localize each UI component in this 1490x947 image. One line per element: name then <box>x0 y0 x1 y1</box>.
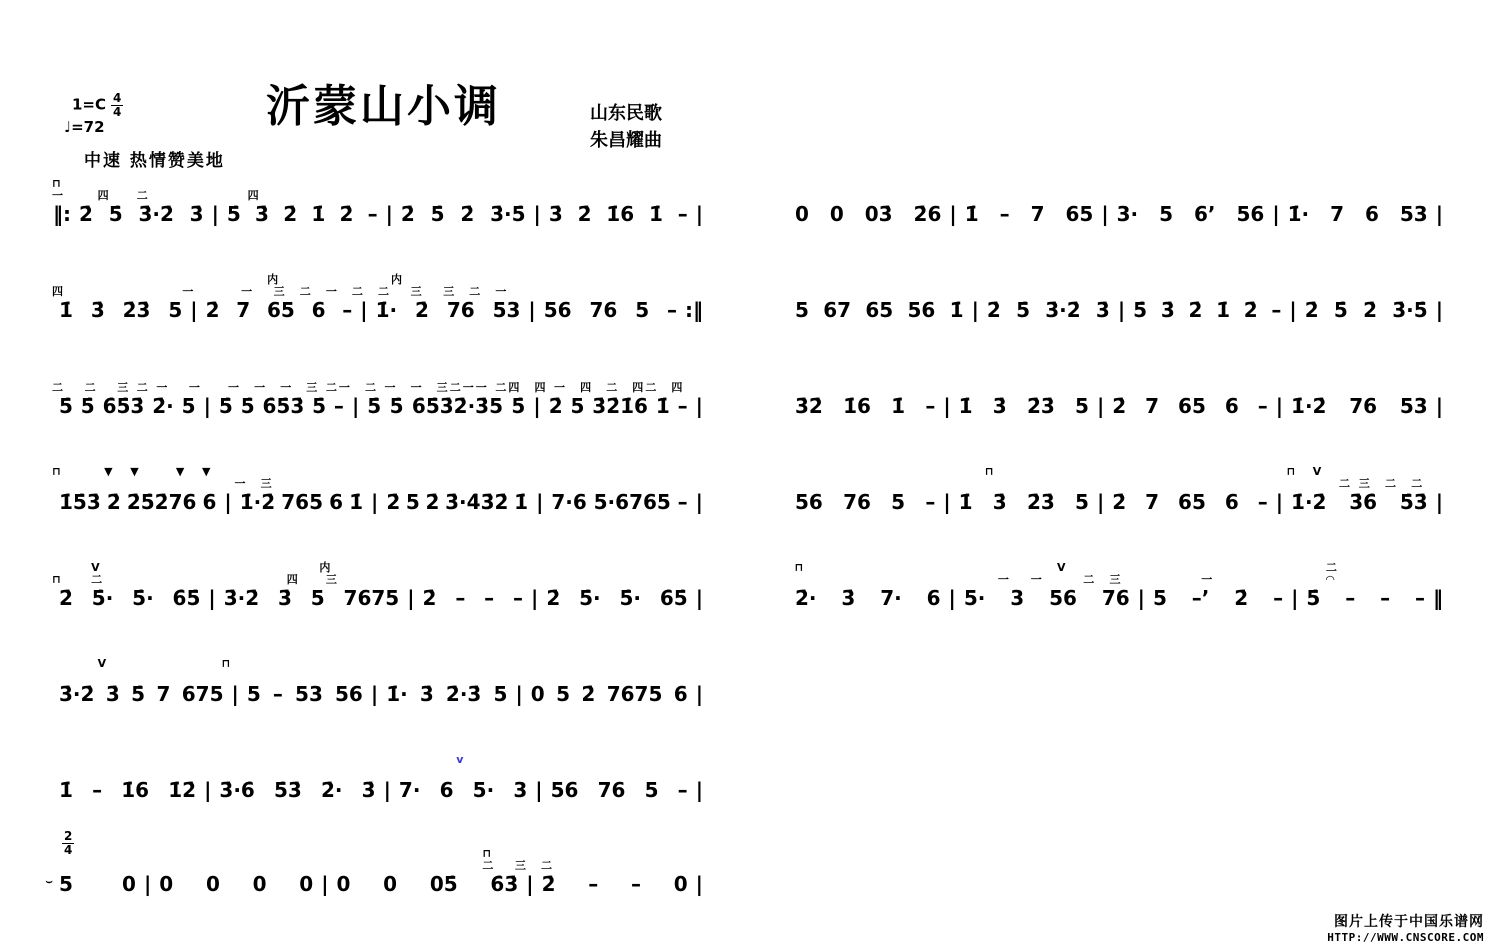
measure: 2̇5̇·5̇·6̇5̇ <box>52 586 207 610</box>
note: – <box>1258 394 1268 418</box>
note: 5̇ <box>390 394 404 418</box>
note: 5̇· <box>92 586 114 610</box>
note: 1̇·2̇ <box>1291 394 1326 418</box>
note: 5̇ <box>1334 298 1348 322</box>
barline: | <box>1290 586 1299 610</box>
fingering-bowing-mark: ⊓ <box>52 178 61 189</box>
note: 56 <box>795 490 823 514</box>
note: 6̇5̇ <box>173 586 201 610</box>
measure: 1̇·2̇7653 <box>1284 394 1435 418</box>
fingering-bowing-mark: 二 <box>1083 574 1094 585</box>
note: 1̇6 <box>843 394 871 418</box>
note: 1̇ <box>349 490 363 514</box>
fingering-bowing-mark: 一 <box>495 286 506 297</box>
barline: | <box>695 202 704 226</box>
fingering-bowing-mark: 二 <box>482 860 493 871</box>
expression-marking: 中速 热情赞美地 <box>84 146 225 171</box>
note: – <box>1271 298 1281 322</box>
note: 3̇·2̇ <box>224 586 259 610</box>
measure: 3̇2̇1̇61̇– <box>788 394 942 418</box>
note: 6 <box>329 490 343 514</box>
barline: | <box>385 202 394 226</box>
page-title: 沂蒙山小调 <box>266 70 501 134</box>
note: 5̇· <box>132 586 154 610</box>
note: 5̇ <box>241 394 255 418</box>
note: 5̇ <box>227 202 241 226</box>
measure: 2̇7656– <box>1105 394 1274 418</box>
fingering-bowing-mark: 四 <box>248 190 259 201</box>
fingering-bowing-mark: ⊓ <box>795 562 804 573</box>
note: 1̇6 <box>121 778 149 802</box>
barline: | <box>1275 490 1284 514</box>
note: 3̇ <box>993 394 1007 418</box>
fingering-bowing-mark: 三 <box>1109 574 1120 585</box>
measure: 2̇52̇3̇·4̇3̇2̇1̇ <box>379 490 535 514</box>
note: 3· <box>1117 202 1139 226</box>
note: 0 <box>383 872 397 896</box>
note: 2̇ <box>1305 298 1319 322</box>
fingering-bowing-mark: 二 <box>1411 478 1422 489</box>
note: – <box>368 202 378 226</box>
barline: | <box>370 682 379 706</box>
note: 65 <box>1178 394 1206 418</box>
fingering-bowing-mark: 二 <box>450 382 461 393</box>
note: 3̇ <box>106 682 120 706</box>
measure: 2̇5̇·5̇·6̇5̇ <box>539 586 694 610</box>
key-signature: 1=C44 <box>72 92 123 118</box>
note: 7 <box>1330 202 1344 226</box>
fingering-bowing-mark: 一 <box>241 286 252 297</box>
note: 2̇ <box>1363 298 1377 322</box>
fingering-bowing-mark: 二 <box>300 286 311 297</box>
fingering-bowing-mark: V <box>1057 562 1066 573</box>
note: 3̇ <box>1096 298 1110 322</box>
fingering-bowing-mark: ⊓ <box>1287 466 1296 477</box>
music-line-left-8: ⌣⊓二三二50|0000|0005̇6̇3̇|2̇––0| <box>52 848 704 908</box>
measure: 5̇5̇6̇5̇3̇2̇·5 <box>52 394 203 418</box>
note: 56 <box>1049 586 1077 610</box>
fingering-bowing-mark: 四 <box>98 190 109 201</box>
notes-row: 56765561̇|2̇5̇3̇·2̇3̇|5̇3̇2̇1̇2̇–|2̇5̇2̇… <box>788 298 1444 322</box>
measure: 3̇·2̇3̇5̇7675 <box>52 682 231 706</box>
note: 7675 <box>607 682 663 706</box>
note: 5 <box>494 682 508 706</box>
note: 1̇· <box>376 298 398 322</box>
note: 03̇ <box>865 202 893 226</box>
note: 5 <box>406 490 420 514</box>
note: 2̇·3̇ <box>446 682 481 706</box>
note: 0 <box>337 872 351 896</box>
measure: 5·35676 <box>957 586 1137 610</box>
notes-row: 3̇·2̇3̇5̇7675|5–5356|1̇·3̇2̇·3̇5|052̇767… <box>52 682 704 706</box>
note: 65 <box>1178 490 1206 514</box>
note: 76 <box>843 490 871 514</box>
note: 53 <box>1400 394 1428 418</box>
barline: | <box>695 778 704 802</box>
key-signature-text: 1=C <box>72 96 106 114</box>
note: – <box>273 682 283 706</box>
fingering-bowing-mark: 四 <box>287 574 298 585</box>
barline: | <box>514 682 523 706</box>
barline: | <box>532 394 541 418</box>
watermark-site-name: 图片上传于中国乐谱网 <box>1327 914 1484 932</box>
note: – <box>513 586 523 610</box>
fingering-bowing-mark: 二 <box>365 382 376 393</box>
note: 0 <box>531 682 545 706</box>
notes-row: 1̇3̇2̇3̇5|2̇7656–|1̇·2̇7653|56765–:‖ <box>52 298 704 322</box>
measure: 5–5356 <box>240 682 370 706</box>
barline: | <box>695 682 704 706</box>
notes-row: 2̇5̇·5̇·6̇5̇|3̇·2̇3̇57675|2̇–––|2̇5̇·5̇·… <box>52 586 704 610</box>
barline: | <box>203 778 212 802</box>
measure: 2̇––0 <box>535 872 695 896</box>
note: 1̇ <box>59 778 73 802</box>
measure: 1̇3̇2̇3̇5 <box>52 298 189 322</box>
note: 6 <box>1225 490 1239 514</box>
note: 6̇3̇ <box>490 872 518 896</box>
measure: 3̇2̇1̇61̇– <box>542 202 695 226</box>
fingering-bowing-mark: V <box>1313 466 1322 477</box>
barline: ‖: <box>52 202 72 226</box>
note: 6 <box>1225 394 1239 418</box>
note: 5̇ <box>312 394 326 418</box>
fingering-bowing-mark: 三 <box>443 286 454 297</box>
fingering-bowing-mark: 三 <box>274 286 285 297</box>
note: – <box>631 872 641 896</box>
measure: 7·65·6765– <box>544 490 694 514</box>
note: 65 <box>1065 202 1093 226</box>
note: 5 <box>891 490 905 514</box>
note: 3̇ <box>1161 298 1175 322</box>
barline: | <box>695 394 704 418</box>
note: 1̇5̇3̇ <box>59 490 101 514</box>
fingering-bowing-mark: 三 <box>326 574 337 585</box>
measure: 1̇–765 <box>958 202 1101 226</box>
music-line-right-5: ⊓一一V二三一二◠2̇·3̇7·6|5·35676|5–’2̇–|5̇–––‖ <box>788 562 1444 622</box>
barline: | <box>948 586 957 610</box>
note: 3 <box>1010 586 1024 610</box>
note: 5· <box>964 586 986 610</box>
measure: 1̇3̇2̇3̇5 <box>952 490 1096 514</box>
note: – <box>1273 586 1283 610</box>
note: 76 <box>598 778 626 802</box>
fingering-bowing-mark: 二 <box>326 382 337 393</box>
barline: | <box>207 586 216 610</box>
note: 1̇·2̇ <box>1291 490 1326 514</box>
barline: | <box>942 394 951 418</box>
fingering-bowing-mark: 四 <box>632 382 643 393</box>
notes-row: 50|0000|0005̇6̇3̇|2̇––0| <box>52 872 704 896</box>
time-signature-bottom: 4 <box>111 106 123 119</box>
note: 76 <box>589 298 617 322</box>
note: 3̇ <box>362 778 376 802</box>
fingering-bowing-mark: 一 <box>228 382 239 393</box>
music-line-left-6: V⊓3̇·2̇3̇5̇7675|5–5356|1̇·3̇2̇·3̇5|052̇7… <box>52 658 704 718</box>
note: 53 <box>295 682 323 706</box>
note: – <box>925 490 935 514</box>
note: – <box>1345 586 1355 610</box>
measure: 2̇7656– <box>199 298 360 322</box>
fingering-bowing-mark: 一 <box>1031 574 1042 585</box>
note: 2̇ <box>1188 298 1202 322</box>
note: 5 <box>1159 202 1173 226</box>
note: 1̇ <box>891 394 905 418</box>
fingering-bowing-mark: ▼ <box>104 466 112 477</box>
barline: | <box>1271 202 1280 226</box>
fingering-bowing-mark: 二 <box>137 382 148 393</box>
note: 5 <box>59 872 73 896</box>
measure: 3̇·6̇5̇3̇2̇·3̇ <box>212 778 382 802</box>
note: 7 <box>156 682 170 706</box>
measure: 5̇3̇2̇1̇2̇– <box>220 202 385 226</box>
note: 3̇2̇ <box>795 394 823 418</box>
note: 1̇ <box>959 490 973 514</box>
note: 1̇ <box>656 394 670 418</box>
note: 5̇· <box>620 586 642 610</box>
barline: | <box>533 202 542 226</box>
note: – <box>588 872 598 896</box>
barline: | <box>948 202 957 226</box>
note: 3̇·2̇ <box>1045 298 1080 322</box>
note: 56 <box>1236 202 1264 226</box>
fingering-bowing-mark: 二 <box>91 574 102 585</box>
note: 2̇ <box>107 490 121 514</box>
barline: | <box>189 298 198 322</box>
note: 7675 <box>344 586 400 610</box>
fingering-bowing-mark: 二 <box>1326 562 1337 573</box>
note: 1̇ <box>59 298 73 322</box>
barline: | <box>535 490 544 514</box>
fingering-bowing-mark: 二 <box>85 382 96 393</box>
measure: 3̇·2̇3̇57675 <box>217 586 407 610</box>
fingering-bowing-mark: 四 <box>52 286 63 297</box>
note: 2̇ <box>542 872 556 896</box>
notes-row: ‖:2̇5̇3̇·2̇3̇|5̇3̇2̇1̇2̇–|2̇5̇2̇3̇·5̇|3̇… <box>52 202 704 226</box>
barline: | <box>320 872 329 896</box>
note: 7 <box>1145 394 1159 418</box>
barline: | <box>534 778 543 802</box>
measure: 2̇53̇2̇1̇61̇– <box>542 394 695 418</box>
note: 3̇·2̇ <box>138 202 173 226</box>
barline: | <box>143 872 152 896</box>
note: – <box>1415 586 1425 610</box>
credits: 山东民歌 朱昌耀曲 <box>590 100 662 154</box>
note: 5̇· <box>579 586 601 610</box>
note: 5̇ <box>81 394 95 418</box>
note: 3̇ <box>549 202 563 226</box>
barline: | <box>203 394 212 418</box>
note: – <box>678 394 688 418</box>
measure: 0003̇2̇6 <box>788 202 948 226</box>
measure: 56765– <box>788 490 942 514</box>
barline: :‖ <box>684 298 704 322</box>
note: 3 <box>513 778 527 802</box>
barline: | <box>525 872 534 896</box>
measure: 56765561̇ <box>788 298 971 322</box>
measure: 5̇5̇6̇5̇3̇2̇·3̇55̇ <box>360 394 532 418</box>
fingering-bowing-mark: ⊓ <box>52 574 61 585</box>
time-signature: 44 <box>111 92 123 118</box>
note: 2̇ <box>206 298 220 322</box>
note: 7· <box>880 586 902 610</box>
time-change-top: 2 <box>62 830 74 844</box>
note: 3̇·2̇ <box>59 682 94 706</box>
notes-row: 0003̇2̇6|1̇–765|3·56’56|1̇·7653| <box>788 202 1444 226</box>
note: 05̇ <box>430 872 458 896</box>
barline: | <box>1275 394 1284 418</box>
music-line-right-3: 3̇2̇1̇61̇–|1̇3̇2̇3̇5|2̇7656–|1̇·2̇7653| <box>788 370 1444 430</box>
note: 0 <box>159 872 173 896</box>
note: – <box>678 202 688 226</box>
note: 2̇ <box>401 202 415 226</box>
note: 2̇ <box>59 586 73 610</box>
note: 2̇ <box>339 202 353 226</box>
credit-composer: 朱昌耀曲 <box>590 127 662 154</box>
fingering-bowing-mark: 二 <box>1339 478 1350 489</box>
note: 3̇·5̇ <box>490 202 525 226</box>
note: 1̇· <box>386 682 408 706</box>
fingering-bowing-mark: 一 <box>235 478 246 489</box>
fingering-bowing-mark: ▼ <box>130 466 138 477</box>
note: 2̇ <box>79 202 93 226</box>
measure: 7·65·3 <box>392 778 534 802</box>
notes-row: 1̇–1̇61̇2̇|3̇·6̇5̇3̇2̇·3̇|7·65·3|56765–| <box>52 778 704 802</box>
barline: | <box>942 490 951 514</box>
measure: 2̇––– <box>416 586 531 610</box>
note: 7 <box>1031 202 1045 226</box>
note: 5̇ <box>431 202 445 226</box>
note: – <box>92 778 102 802</box>
fingering-bowing-mark: ▼ <box>176 466 184 477</box>
note: 2̇ <box>581 682 595 706</box>
time-signature-top: 4 <box>111 92 123 106</box>
fingering-bowing-mark: 内 <box>267 274 278 285</box>
note: –’ <box>1192 586 1210 610</box>
note: 0 <box>122 872 136 896</box>
measure: 50 <box>52 872 143 896</box>
note: 3̇ <box>190 202 204 226</box>
fingering-bowing-mark: V <box>91 562 100 573</box>
note: 3̇2̇1̇6 <box>592 394 648 418</box>
measure: 0000 <box>152 872 320 896</box>
measure: 1̇–1̇61̇2̇ <box>52 778 203 802</box>
note: 5̇ <box>59 394 73 418</box>
barline: | <box>231 682 240 706</box>
note: 1̇2̇ <box>168 778 196 802</box>
music-line-left-4: ⊓▼▼▼▼一三1̇5̇3̇2̇2̇5̇2̇766|1̇·2̇76561̇|2̇5… <box>52 466 704 526</box>
note: 5̇ <box>131 682 145 706</box>
note: 1̇ <box>311 202 325 226</box>
fingering-bowing-mark: 二 <box>469 286 480 297</box>
measure: 56765– <box>544 778 695 802</box>
note: – <box>678 778 688 802</box>
fingering-bowing-mark: 一 <box>554 382 565 393</box>
fingering-bowing-mark: 一 <box>339 382 350 393</box>
barline: | <box>383 778 392 802</box>
fingering-bowing-mark: 一 <box>1201 574 1212 585</box>
fingering-bowing-mark: 二 <box>541 860 552 871</box>
note: 5̇3̇ <box>274 778 302 802</box>
note: 5 <box>168 298 182 322</box>
note: 3̇·5̇ <box>1392 298 1427 322</box>
credit-origin: 山东民歌 <box>590 100 662 127</box>
note: – <box>334 394 344 418</box>
fingering-bowing-mark: 三 <box>437 382 448 393</box>
note: 6 <box>1365 202 1379 226</box>
note: – <box>678 490 688 514</box>
note: 56 <box>908 298 936 322</box>
note: 765 <box>281 490 323 514</box>
note: 675 <box>182 682 224 706</box>
note: 56 <box>551 778 579 802</box>
note: 76 <box>1102 586 1130 610</box>
note: 1̇ <box>514 490 528 514</box>
note: 3̇·4̇3̇2̇ <box>445 490 508 514</box>
barline: | <box>351 394 360 418</box>
fingering-bowing-mark: 三 <box>117 382 128 393</box>
measure: 1̇5̇3̇2̇2̇5̇2̇766 <box>52 490 223 514</box>
barline: | <box>370 490 379 514</box>
fingering-bowing-mark: 二 <box>378 286 389 297</box>
note: 3̇ <box>841 586 855 610</box>
note: 2̇ <box>283 202 297 226</box>
measure: 0005̇6̇3̇ <box>330 872 526 896</box>
fingering-bowing-mark: 内 <box>319 562 330 573</box>
note: 5 <box>570 394 584 418</box>
note: 5̇ <box>109 202 123 226</box>
note: 1̇ <box>959 394 973 418</box>
notes-row: 3̇2̇1̇61̇–|1̇3̇2̇3̇5|2̇7656–|1̇·2̇7653| <box>788 394 1444 418</box>
fingering-bowing-mark: v <box>456 754 463 765</box>
note: – <box>925 394 935 418</box>
fingering-bowing-mark: 一 <box>385 382 396 393</box>
note: 5 <box>635 298 649 322</box>
fingering-bowing-mark: 一 <box>280 382 291 393</box>
music-line-left-3: 二二三二一一一一一三二一二一一三二一一二四四一四二四二四5̇5̇6̇5̇3̇2̇… <box>52 370 704 430</box>
fingering-bowing-mark: 一 <box>326 286 337 297</box>
note: 1̇ <box>965 202 979 226</box>
note: 5̇ <box>1306 586 1320 610</box>
note: 5 <box>247 682 261 706</box>
note: 2̇ <box>386 490 400 514</box>
measure: 2̇7656– <box>1105 490 1274 514</box>
fingering-bowing-mark: 一 <box>182 286 193 297</box>
note: – <box>455 586 465 610</box>
fingering-bowing-mark: 三 <box>411 286 422 297</box>
measure: 1̇·2̇3̇6̇5̇3̇ <box>1284 490 1435 514</box>
fingering-bowing-mark: 三 <box>1359 478 1370 489</box>
fingering-bowing-mark: 二 <box>606 382 617 393</box>
note: 3̇·6̇ <box>219 778 254 802</box>
fingering-bowing-mark: 一 <box>998 574 1009 585</box>
barline: | <box>1100 202 1109 226</box>
note: 1̇6 <box>606 202 634 226</box>
measure: 1̇·2̇7653 <box>369 298 528 322</box>
measure: 2̇·3̇7·6 <box>788 586 948 610</box>
note: 2̇ <box>1234 586 1248 610</box>
fingering-bowing-mark: ⊓ <box>52 466 61 477</box>
note: – <box>1380 586 1390 610</box>
fingering-bowing-mark: 一 <box>476 382 487 393</box>
measure: 2̇5̇3̇·2̇3̇ <box>72 202 211 226</box>
note: 1̇ <box>950 298 964 322</box>
note: – <box>484 586 494 610</box>
note: – <box>1000 202 1010 226</box>
fingering-bowing-mark: 四 <box>534 382 545 393</box>
note: 2̇· <box>152 394 174 418</box>
note: – <box>667 298 677 322</box>
music-line-left-1: ⊓一四二四‖:2̇5̇3̇·2̇3̇|5̇3̇2̇1̇2̇–|2̇5̇2̇3̇·… <box>52 178 704 238</box>
